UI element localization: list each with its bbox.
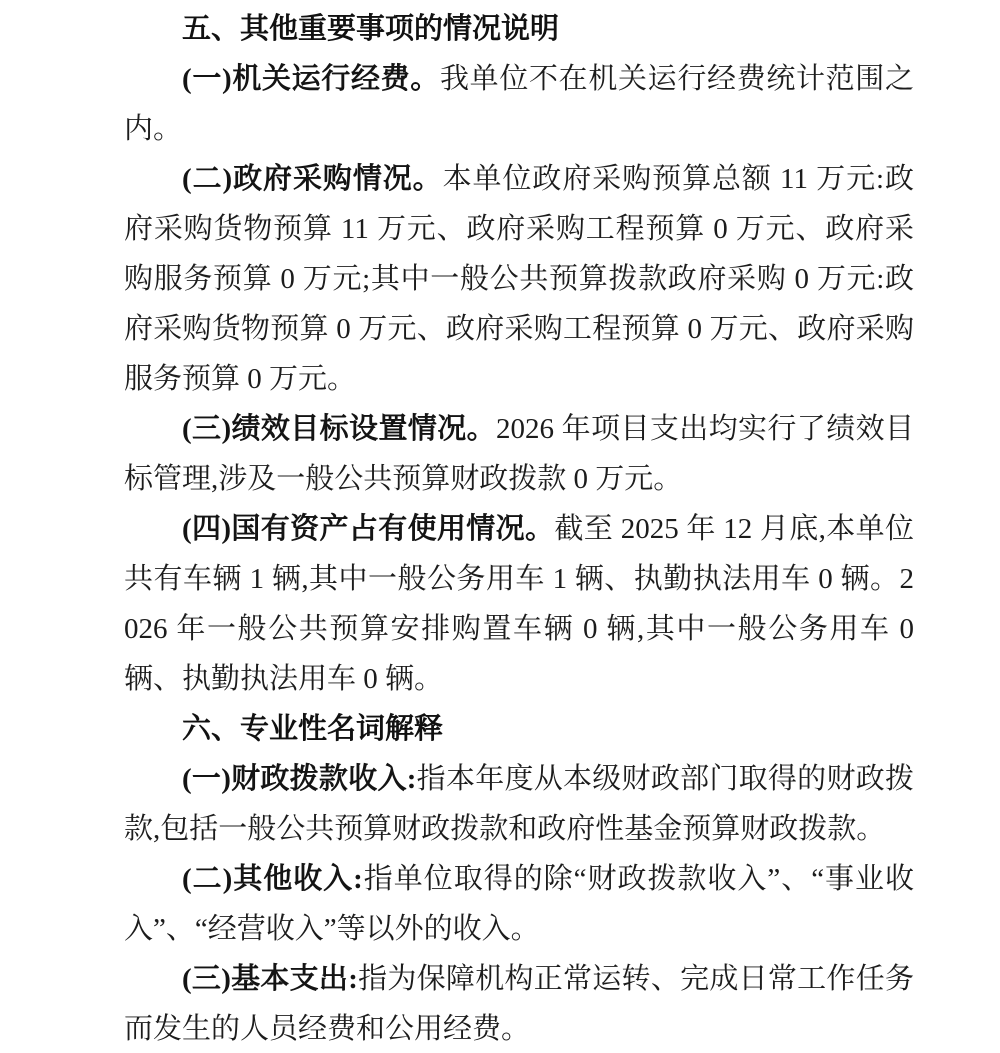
paragraph-lead: (四)国有资产占有使用情况。 bbox=[182, 513, 554, 545]
document-page: 五、其他重要事项的情况说明 (一)机关运行经费。我单位不在机关运行经费统计范围之… bbox=[0, 0, 1000, 1053]
paragraph-state-owned-assets: (四)国有资产占有使用情况。截至 2025 年 12 月底,本单位共有车辆 1 … bbox=[124, 504, 914, 704]
paragraph-lead: (一)财政拨款收入: bbox=[182, 763, 416, 795]
paragraph-lead: (三)绩效目标设置情况。 bbox=[182, 413, 496, 445]
paragraph-lead: (一)机关运行经费。 bbox=[182, 63, 440, 95]
paragraph-lead: (二)其他收入: bbox=[182, 863, 363, 895]
paragraph-basic-expenditure: (三)基本支出:指为保障机构正常运转、完成日常工作任务而发生的人员经费和公用经费… bbox=[124, 954, 914, 1053]
paragraph-text: 本单位政府采购预算总额 11 万元:政府采购货物预算 11 万元、政府采购工程预… bbox=[124, 163, 914, 395]
paragraph-government-procurement: (二)政府采购情况。本单位政府采购预算总额 11 万元:政府采购货物预算 11 … bbox=[124, 154, 914, 404]
paragraph-agency-operating-funds: (一)机关运行经费。我单位不在机关运行经费统计范围之内。 bbox=[124, 54, 914, 154]
paragraph-other-income: (二)其他收入:指单位取得的除“财政拨款收入”、“事业收入”、“经营收入”等以外… bbox=[124, 854, 914, 954]
section-heading-terminology: 六、专业性名词解释 bbox=[124, 704, 914, 754]
paragraph-fiscal-appropriation-income: (一)财政拨款收入:指本年度从本级财政部门取得的财政拨款,包括一般公共预算财政拨… bbox=[124, 754, 914, 854]
section-heading-other-important-matters: 五、其他重要事项的情况说明 bbox=[124, 4, 914, 54]
paragraph-lead: (三)基本支出: bbox=[182, 963, 358, 995]
paragraph-performance-targets: (三)绩效目标设置情况。2026 年项目支出均实行了绩效目标管理,涉及一般公共预… bbox=[124, 404, 914, 504]
paragraph-lead: (二)政府采购情况。 bbox=[182, 163, 443, 195]
